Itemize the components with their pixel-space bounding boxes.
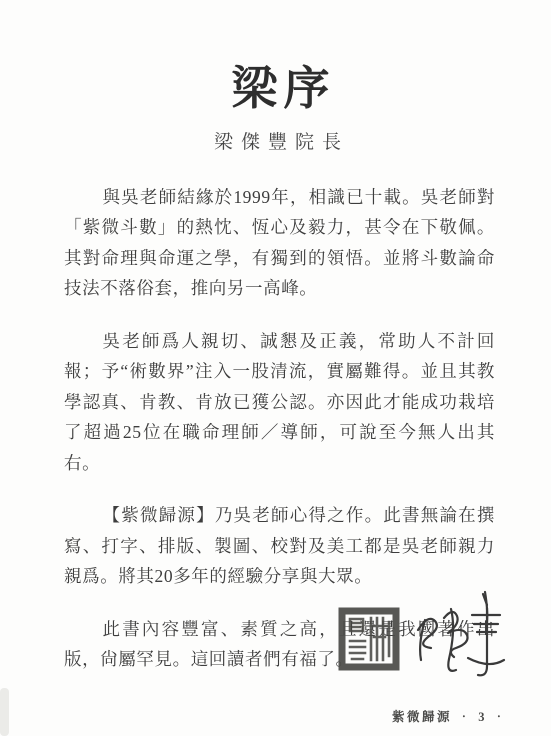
author-byline: 梁傑豐院長 xyxy=(6,127,551,154)
signature-block xyxy=(330,588,520,698)
paragraph-2: 吳老師爲人親切、誠懇及正義，常助人不計回報；予“術數界”注入一股清流，實屬難得。… xyxy=(64,326,495,479)
preface-title: 梁序 xyxy=(8,0,551,115)
paragraph-3: 【紫微歸源】乃吳老師心得之作。此書無論在撰寫、打字、排版、製圖、校對及美工都是吳… xyxy=(64,500,495,592)
scan-smudge xyxy=(0,688,9,736)
name-seal-stamp-icon xyxy=(338,606,400,672)
handwritten-signature-icon xyxy=(410,588,514,696)
paragraph-1: 與吳老師結緣於1999年，相識已十載。吳老師對「紫微斗數」的熱忱、恆心及毅力，甚… xyxy=(64,182,495,304)
book-page: 梁序 梁傑豐院長 與吳老師結緣於1999年，相識已十載。吳老師對「紫微斗數」的熱… xyxy=(0,0,551,736)
page-footer: 紫微歸源 ‧ 3 ‧ xyxy=(392,707,508,725)
